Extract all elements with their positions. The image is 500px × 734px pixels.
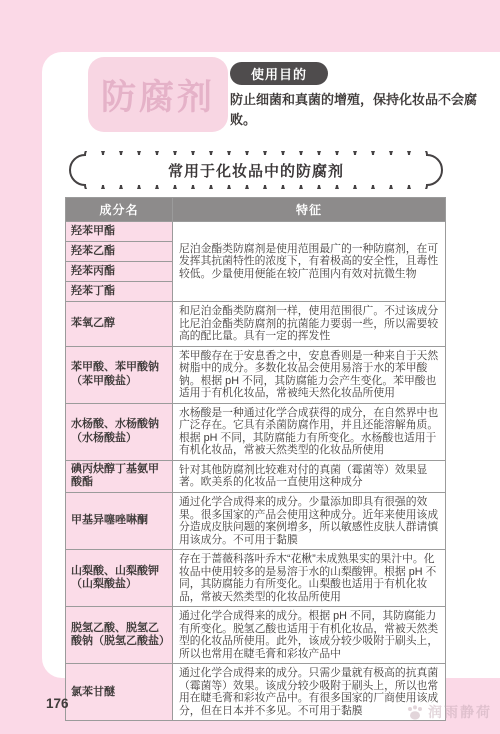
ingredient-cell: 羟苯丁酯 (66, 282, 173, 302)
column-header-feature: 特征 (173, 198, 446, 222)
watermark-text: 润雨静荷 (428, 702, 492, 722)
table-row: 羟苯甲酯尼泊金酯类防腐剂是使用范围最广的一种防腐剂，在可发挥其抗菌特性的浓度下，… (66, 222, 446, 242)
ingredient-cell: 脱氢乙酸、脱氢乙酸钠（脱氢乙酸盐） (66, 607, 173, 664)
page-title: 防腐剂 (88, 57, 228, 132)
feature-cell: 存在于蔷薇科落叶乔木“花楸”未成熟果实的果汁中。化妆品中使用较多的是易溶于水的山… (173, 550, 446, 607)
ingredient-cell: 羟苯丙酯 (66, 262, 173, 282)
ingredient-cell: 水杨酸、水杨酸钠（水杨酸盐） (66, 403, 173, 460)
table-row: 山梨酸、山梨酸钾（山梨酸盐）存在于蔷薇科落叶乔木“花楸”未成熟果实的果汁中。化妆… (66, 550, 446, 607)
ingredient-cell: 山梨酸、山梨酸钾（山梨酸盐） (66, 550, 173, 607)
ingredient-cell: 苯氧乙醇 (66, 302, 173, 347)
ingredient-cell: 碘丙炔醇丁基氨甲酸酯 (66, 460, 173, 493)
purpose-description: 防止细菌和真菌的增殖，保持化妆品不会腐败。 (230, 90, 478, 130)
feature-cell: 水杨酸是一种通过化学合成获得的成分，在自然界中也广泛存在。它具有杀菌防腐作用，并… (173, 403, 446, 460)
feature-cell: 通过化学合成得来的成分。少量添加即具有很强的效果。很多国家的产品会使用这种成分。… (173, 493, 446, 550)
page-number: 176 (46, 696, 69, 711)
feature-cell: 针对其他防腐剂比较难对付的真菌（霉菌等）效果显著。欧美系的化妆品一直使用这种成分 (173, 460, 446, 493)
paw-icon (406, 704, 424, 721)
ingredient-cell: 羟苯乙酯 (66, 242, 173, 262)
table-row: 苯氧乙醇和尼泊金酯类防腐剂一样，使用范围很广。不过该成分比尼泊金酯类防腐剂的抗菌… (66, 302, 446, 347)
purpose-badge: 使用目的 (230, 62, 328, 85)
feature-cell: 苯甲酸存在于安息香之中，安息香则是一种来自于天然树脂中的成分。多数化妆品会使用易… (173, 346, 446, 403)
table-heading-banner: 常用于化妆品中的防腐剂 (63, 151, 449, 189)
table-row: 脱氢乙酸、脱氢乙酸钠（脱氢乙酸盐）通过化学合成得来的成分。根据 pH 不同，其防… (66, 607, 446, 664)
column-header-ingredient: 成分名 (66, 198, 173, 222)
table-row: 氯苯甘醚通过化学合成得来的成分。只需少量就有极高的抗真菌（霉菌等）效果。该成分较… (66, 664, 446, 721)
table-row: 苯甲酸、苯甲酸钠（苯甲酸盐）苯甲酸存在于安息香之中，安息香则是一种来自于天然树脂… (66, 346, 446, 403)
feature-cell: 通过化学合成得来的成分。根据 pH 不同，其防腐能力有所变化。脱氢乙酸也适用于有… (173, 607, 446, 664)
feature-cell: 通过化学合成得来的成分。只需少量就有极高的抗真菌（霉菌等）效果。该成分较少吸附于… (173, 664, 446, 721)
ingredient-cell: 苯甲酸、苯甲酸钠（苯甲酸盐） (66, 346, 173, 403)
preservatives-table: 成分名 特征 羟苯甲酯尼泊金酯类防腐剂是使用范围最广的一种防腐剂，在可发挥其抗菌… (65, 197, 446, 721)
table-heading-text: 常用于化妆品中的防腐剂 (63, 151, 449, 189)
watermark: 润雨静荷 (406, 702, 492, 722)
table-row: 碘丙炔醇丁基氨甲酸酯针对其他防腐剂比较难对付的真菌（霉菌等）效果显著。欧美系的化… (66, 460, 446, 493)
feature-cell: 和尼泊金酯类防腐剂一样，使用范围很广。不过该成分比尼泊金酯类防腐剂的抗菌能力要弱… (173, 302, 446, 347)
table-header-row: 成分名 特征 (66, 198, 446, 222)
page-title-text: 防腐剂 (101, 70, 215, 120)
table-row: 水杨酸、水杨酸钠（水杨酸盐）水杨酸是一种通过化学合成获得的成分，在自然界中也广泛… (66, 403, 446, 460)
ingredient-cell: 甲基异噻唑啉酮 (66, 493, 173, 550)
ingredient-cell: 羟苯甲酯 (66, 222, 173, 242)
content-card: 防腐剂 使用目的 防止细菌和真菌的增殖，保持化妆品不会腐败。 常用于化妆品中的防… (42, 52, 500, 678)
ingredient-cell: 氯苯甘醚 (66, 664, 173, 721)
table-row: 甲基异噻唑啉酮通过化学合成得来的成分。少量添加即具有很强的效果。很多国家的产品会… (66, 493, 446, 550)
feature-cell: 尼泊金酯类防腐剂是使用范围最广的一种防腐剂，在可发挥其抗菌特性的浓度下，有着极高… (173, 222, 446, 302)
